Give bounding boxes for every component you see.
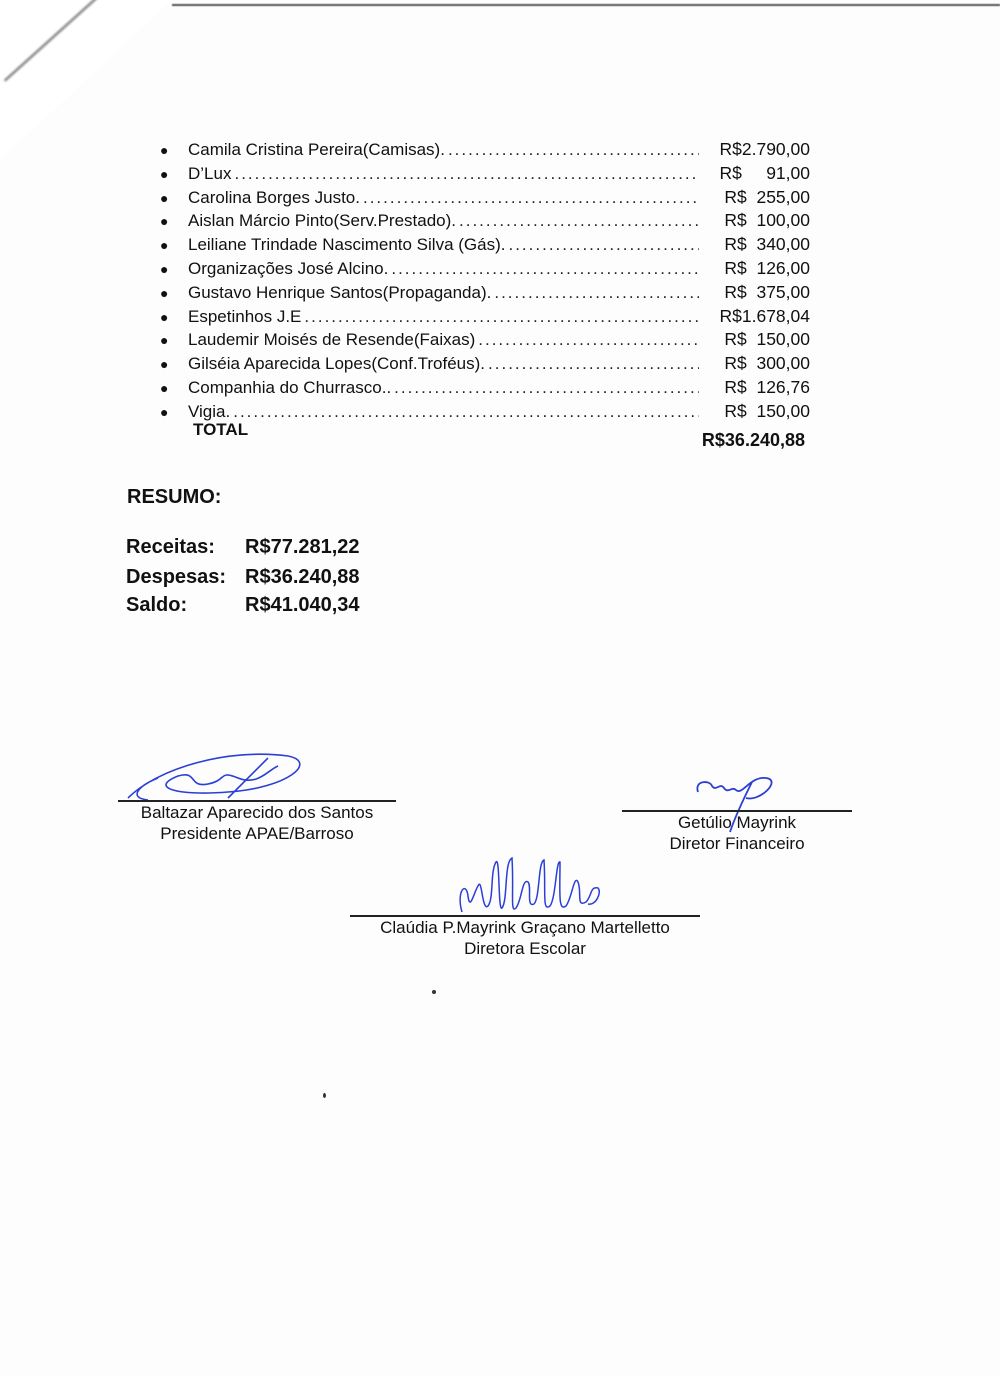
expense-amount: R$ 91,00 xyxy=(702,162,810,185)
scan-speck xyxy=(323,1093,326,1098)
bullet-icon: ● xyxy=(160,329,188,352)
expense-name: Gilséia Aparecida Lopes(Conf.Troféus). xyxy=(188,352,485,375)
signatory-name: Claúdia P.Mayrink Graçano Martelletto xyxy=(350,917,700,938)
resumo-row: Receitas:R$77.281,22 xyxy=(126,536,360,559)
expense-item: ●Companhia do Churrasco.................… xyxy=(160,376,810,400)
bullet-icon: ● xyxy=(160,163,188,186)
resumo-value: R$36.240,88 xyxy=(245,566,360,589)
expense-name: Organizações José Alcino. xyxy=(188,257,388,280)
bullet-icon: ● xyxy=(160,234,188,257)
expense-item: ●Gustavo Henrique Santos(Propaganda)....… xyxy=(160,281,810,305)
dot-leader: ........................................… xyxy=(363,186,699,209)
resumo-label: Receitas: xyxy=(126,536,245,559)
resumo-value: R$77.281,22 xyxy=(245,536,360,559)
expense-name: Espetinhos J.E xyxy=(188,305,301,328)
expense-item: ●Leiliane Trindade Nascimento Silva (Gás… xyxy=(160,233,810,257)
dot-leader: ........................................… xyxy=(394,376,699,399)
expense-amount: R$2.790,00 xyxy=(702,138,810,161)
dot-leader: ........................................… xyxy=(478,328,699,351)
bullet-icon: ● xyxy=(160,187,188,210)
bullet-icon: ● xyxy=(160,210,188,233)
bullet-icon: ● xyxy=(160,139,188,162)
dot-leader: ........................................… xyxy=(508,233,699,256)
expense-amount: R$ 150,00 xyxy=(702,328,810,351)
expense-name: D’Lux xyxy=(188,162,231,185)
expense-name: Laudemir Moisés de Resende(Faixas) xyxy=(188,328,475,351)
dot-leader: ........................................… xyxy=(234,162,699,185)
expense-amount: R$ 126,00 xyxy=(702,257,810,280)
signature-claudia-icon xyxy=(452,852,612,922)
bullet-icon: ● xyxy=(160,258,188,281)
expense-name: Aislan Márcio Pinto(Serv.Prestado). xyxy=(188,209,456,232)
resumo-label: Saldo: xyxy=(126,594,245,617)
expense-amount: R$ 340,00 xyxy=(702,233,810,256)
signatory-name: Baltazar Aparecido dos Santos xyxy=(118,802,396,823)
expense-amount: R$ 150,00 xyxy=(702,400,810,423)
expense-item: ●Aislan Márcio Pinto(Serv.Prestado).....… xyxy=(160,209,810,233)
expense-list: ●Camila Cristina Pereira(Camisas).......… xyxy=(160,138,810,424)
dot-leader: ........................................… xyxy=(488,352,699,375)
expense-item: ●Organizações José Alcino...............… xyxy=(160,257,810,281)
expense-amount: R$ 126,76 xyxy=(702,376,810,399)
expense-item: ●Gilséia Aparecida Lopes(Conf.Troféus)..… xyxy=(160,352,810,376)
bullet-icon: ● xyxy=(160,377,188,400)
dot-leader: ........................................… xyxy=(391,257,699,280)
signature-block-school-director: Claúdia P.Mayrink Graçano Martelletto Di… xyxy=(350,915,700,959)
expense-name: Camila Cristina Pereira(Camisas). xyxy=(188,138,445,161)
expense-name: Leiliane Trindade Nascimento Silva (Gás)… xyxy=(188,233,505,256)
expense-name: Carolina Borges Justo. xyxy=(188,186,360,209)
resumo-row: Saldo:R$41.040,34 xyxy=(126,594,360,617)
expense-item: ●Espetinhos J.E.........................… xyxy=(160,305,810,329)
signature-block-president: Baltazar Aparecido dos Santos Presidente… xyxy=(118,800,396,844)
signatory-name: Getúlio Mayrink xyxy=(622,812,852,833)
resumo-row: Despesas:R$36.240,88 xyxy=(126,566,360,589)
bullet-icon: ● xyxy=(160,401,188,424)
signatory-role: Diretora Escolar xyxy=(350,938,700,959)
dot-leader: ........................................… xyxy=(448,138,699,161)
expense-amount: R$ 300,00 xyxy=(702,352,810,375)
expense-name: Companhia do Churrasco.. xyxy=(188,376,391,399)
expense-amount: R$ 255,00 xyxy=(702,186,810,209)
expense-item: ●Vigia..................................… xyxy=(160,400,810,424)
dot-leader: ........................................… xyxy=(233,400,699,423)
dot-leader: ........................................… xyxy=(494,281,699,304)
signatory-role: Presidente APAE/Barroso xyxy=(118,823,396,844)
expense-item: ●D’Lux..................................… xyxy=(160,162,810,186)
total-label: TOTAL xyxy=(193,420,248,440)
bullet-icon: ● xyxy=(160,306,188,329)
expense-item: ●Laudemir Moisés de Resende(Faixas).....… xyxy=(160,328,810,352)
expense-name: Gustavo Henrique Santos(Propaganda). xyxy=(188,281,491,304)
bullet-icon: ● xyxy=(160,282,188,305)
expense-amount: R$1.678,04 xyxy=(702,305,810,328)
folded-corner xyxy=(0,0,172,160)
signature-block-financial-director: Getúlio Mayrink Diretor Financeiro xyxy=(622,810,852,854)
expense-item: ●Camila Cristina Pereira(Camisas).......… xyxy=(160,138,810,162)
signatory-role: Diretor Financeiro xyxy=(622,833,852,854)
dot-leader: ........................................… xyxy=(304,305,699,328)
resumo-title: RESUMO: xyxy=(127,486,221,509)
bullet-icon: ● xyxy=(160,353,188,376)
scan-speck xyxy=(432,990,436,994)
scanned-page: ●Camila Cristina Pereira(Camisas).......… xyxy=(0,0,1000,1376)
resumo-label: Despesas: xyxy=(126,566,245,589)
dot-leader: ........................................… xyxy=(459,209,699,232)
total-value: R$36.240,88 xyxy=(702,430,805,451)
expense-item: ●Carolina Borges Justo..................… xyxy=(160,186,810,210)
resumo-value: R$41.040,34 xyxy=(245,594,360,617)
page-top-edge xyxy=(172,4,1000,6)
expense-amount: R$ 375,00 xyxy=(702,281,810,304)
expense-amount: R$ 100,00 xyxy=(702,209,810,232)
signature-baltazar-icon xyxy=(118,748,318,808)
